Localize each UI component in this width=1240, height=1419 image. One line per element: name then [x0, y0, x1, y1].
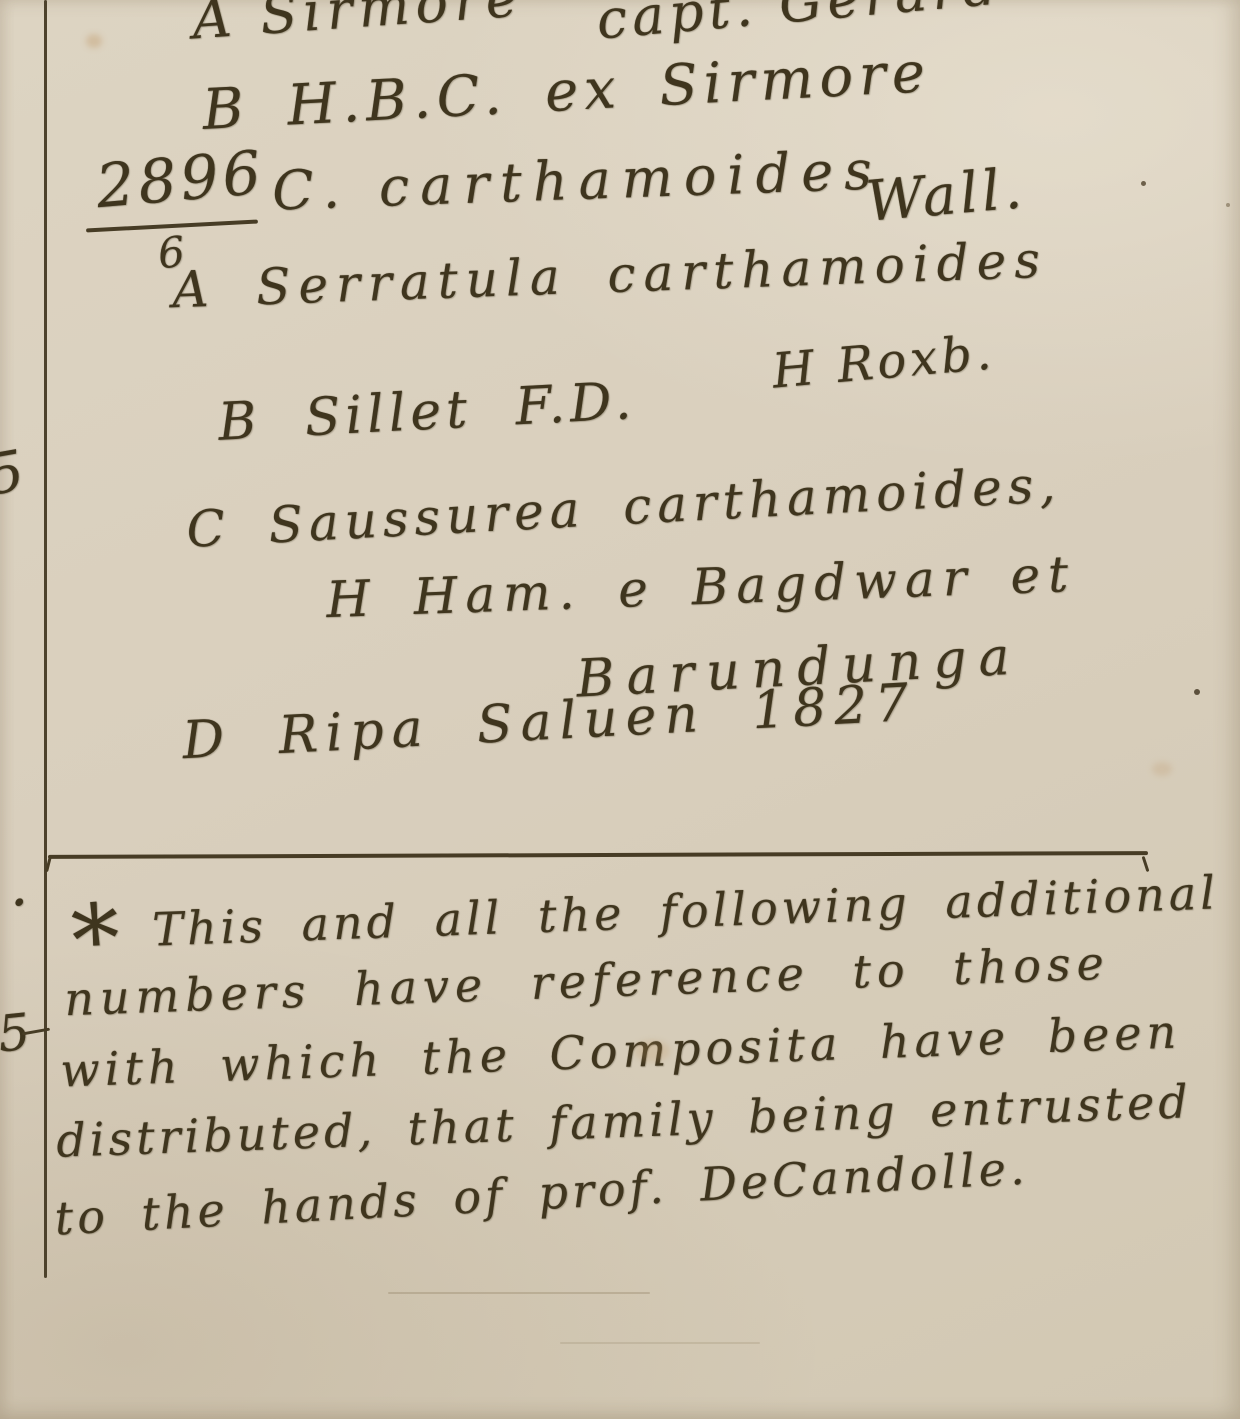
margin-rule-line	[44, 0, 47, 1278]
entry-number: 2896	[94, 143, 267, 217]
paper-scratch-line	[388, 1292, 650, 1294]
paper-stain	[1152, 762, 1172, 776]
prev-entry-line-b: B H.B.C. ex Sirmore	[201, 45, 932, 139]
ink-speck	[1141, 181, 1146, 186]
entry-syn-a-author: H Roxb.	[770, 328, 997, 395]
entry-syn-a: A Serratula carthamoides	[171, 235, 1048, 316]
paper-scratch-line	[560, 1342, 760, 1344]
margin-dot: .	[10, 856, 28, 914]
ink-speck	[1194, 689, 1200, 695]
prev-entry-line-a-specimen: A Sirmore	[191, 0, 526, 48]
entry-syn-c-locality: H Ham. e Bagdwar et	[325, 549, 1077, 625]
paper-stain	[86, 34, 102, 48]
ink-speck	[1226, 203, 1230, 207]
entry-author: Wall.	[864, 161, 1028, 231]
entry-syn-b: B Sillet F.D.	[217, 375, 637, 449]
manuscript-page: 5 . 5 A Sirmore capt. Gerard B H.B.C. ex…	[0, 0, 1240, 1419]
entry-syn-c: C Saussurea carthamoides,	[185, 459, 1062, 555]
entry-syn-d: D Ripa Saluen 1827	[181, 677, 917, 767]
entry-species-name: C. carthamoides	[271, 143, 883, 218]
paper-stain	[634, 1040, 670, 1062]
footnote-separator-line	[48, 851, 1148, 859]
margin-number-top: 5	[0, 443, 28, 504]
prev-entry-line-a-collector: capt. Gerard	[594, 0, 1004, 48]
